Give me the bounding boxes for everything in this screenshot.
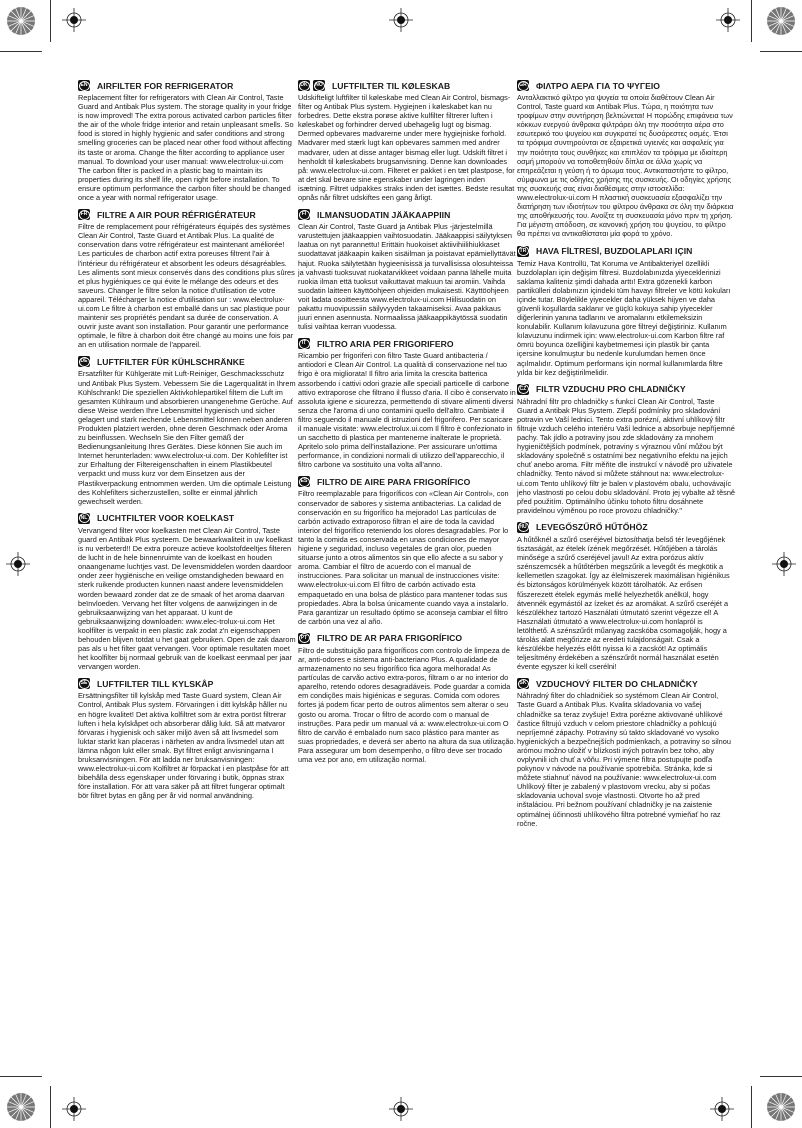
section-body: Temiz Hava Kontrollü, Tat Koruma ve Anti… (517, 259, 735, 377)
section-body: Ανταλλακτικό φίλτρο για ψυγεία τα οποία … (517, 93, 735, 239)
language-badge-icon: FI (298, 209, 310, 220)
crop-line (0, 51, 42, 52)
language-badge-icon: SK (517, 678, 529, 689)
section-body: Náhradní filtr pro chladničky s funkcí C… (517, 397, 735, 515)
crosshair-registration-mark-top-center (389, 8, 413, 32)
language-badge-icon: EN (78, 80, 90, 91)
section-tr: TR HAVA FİLTRESİ, BUZDOLAPLARI IÇIN Temi… (517, 246, 735, 377)
section-dk-no: DK NO LUFTFILTER TIL KØLESKAB Udskifteli… (298, 80, 516, 202)
section-en: EN AIRFILTER FOR REFRIGERATOR Replacemen… (78, 80, 296, 202)
column-3: GR ΦΙΛΤΡΟ ΑΕΡΑ ΓΙΑ ΤΟ ΨΥΓΕΙΟ Ανταλλακτικ… (517, 80, 735, 835)
section-hu: HU LEVEGŐSZŰRŐ HŰTŐHÖZ A hűtőknél a szűr… (517, 522, 735, 671)
crosshair-registration-mark-top (62, 8, 86, 32)
crosshair-registration-mark-bottom-right (710, 1097, 734, 1121)
section-body: Filtro reemplazable para frigoríficos co… (298, 489, 516, 625)
section-heading: SE LUFTFILTER TILL KYLSKÅP (78, 678, 296, 689)
language-badge-icon: NO (313, 80, 325, 91)
crosshair-registration-mark-top-right (716, 8, 740, 32)
section-heading: ES FILTRO DE AIRE PARA FRIGORÍFICO (298, 476, 516, 487)
section-body: Replacement filter for refrigerators wit… (78, 93, 296, 202)
section-heading: SK VZDUCHOVÝ FILTER DO CHLADNIČKY (517, 678, 735, 689)
section-title: LUFTFILTER TILL KYLSKÅP (97, 679, 213, 689)
language-badge-icon: NL (78, 513, 90, 524)
section-heading: PT FILTRO DE AR PARA FRIGORÍFICO (298, 633, 516, 644)
section-body: Ricambio per frigoriferi con filtro Tast… (298, 351, 516, 469)
section-de: DE LUFTFILTER FÜR KÜHLSCHRÄNKE Ersatzfil… (78, 356, 296, 505)
crosshair-registration-mark-left (6, 552, 30, 576)
section-heading: DK NO LUFTFILTER TIL KØLESKAB (298, 80, 516, 91)
language-badge-icon: PT (298, 633, 310, 644)
section-title: LEVEGŐSZŰRŐ HŰTŐHÖZ (536, 522, 648, 532)
crop-line (0, 1076, 42, 1077)
section-pt: PT FILTRO DE AR PARA FRIGORÍFICO Filtro … (298, 633, 516, 764)
section-body: Ersatzfilter für Kühlgeräte mit Luft-Rei… (78, 369, 296, 505)
language-badge-icon: DK (298, 80, 310, 91)
section-body: Filtro de substituição para frigoríficos… (298, 646, 516, 764)
section-title: LUCHTFILTER VOOR KOELKAST (97, 513, 234, 523)
section-sk: SK VZDUCHOVÝ FILTER DO CHLADNIČKY Náhrad… (517, 678, 735, 827)
section-title: AIRFILTER FOR REFRIGERATOR (97, 81, 233, 91)
crosshair-registration-mark-bottom-left (62, 1097, 86, 1121)
section-heading: GR ΦΙΛΤΡΟ ΑΕΡΑ ΓΙΑ ΤΟ ΨΥΓΕΙΟ (517, 80, 735, 91)
column-1: EN AIRFILTER FOR REFRIGERATOR Replacemen… (78, 80, 296, 807)
crop-line (50, 0, 51, 42)
crop-line (760, 1076, 802, 1077)
section-cz: CZ FILTR VZDUCHU PRO CHLADNIČKY Náhradní… (517, 384, 735, 515)
crosshair-registration-mark-right (772, 552, 796, 576)
language-badge-icon: SE (78, 678, 90, 689)
section-body: Vervangend filter voor koelkasten met Cl… (78, 526, 296, 672)
section-title: VZDUCHOVÝ FILTER DO CHLADNIČKY (536, 679, 698, 689)
section-title: FILTRO DE AR PARA FRIGORÍFICO (317, 633, 462, 643)
starburst-registration-mark-top-left (6, 6, 36, 36)
crop-line (760, 51, 802, 52)
section-title: FILTR VZDUCHU PRO CHLADNIČKY (536, 384, 686, 394)
section-heading: NL LUCHTFILTER VOOR KOELKAST (78, 513, 296, 524)
language-badge-icon: CZ (517, 384, 529, 395)
section-heading: FR FILTRE A AIR POUR RÉFRIGÉRATEUR (78, 209, 296, 220)
language-badge-icon: TR (517, 246, 529, 257)
section-heading: FI ILMANSUODATIN JÄÄKAAPPIIN (298, 209, 516, 220)
language-badge-icon: GR (517, 80, 529, 91)
section-fi: FI ILMANSUODATIN JÄÄKAAPPIIN Clean Air C… (298, 209, 516, 331)
section-nl: NL LUCHTFILTER VOOR KOELKAST Vervangend … (78, 513, 296, 672)
starburst-registration-mark-top-right (766, 6, 796, 36)
section-title: HAVA FİLTRESİ, BUZDOLAPLARI IÇIN (536, 246, 692, 256)
crop-line (50, 1086, 51, 1128)
section-title: LUFTFILTER FÜR KÜHLSCHRÄNKE (97, 357, 245, 367)
section-it: IT FILTRO ARIA PER FRIGORIFERO Ricambio … (298, 338, 516, 469)
section-body: Ersättningsfilter till kylskåp med Taste… (78, 691, 296, 800)
section-body: Udskifteligt luftfilter til køleskabe me… (298, 93, 516, 202)
language-badge-icon: ES (298, 476, 310, 487)
section-heading: TR HAVA FİLTRESİ, BUZDOLAPLARI IÇIN (517, 246, 735, 257)
section-body: Filtre de remplacement pour réfrigérateu… (78, 222, 296, 349)
section-gr: GR ΦΙΛΤΡΟ ΑΕΡΑ ΓΙΑ ΤΟ ΨΥΓΕΙΟ Ανταλλακτικ… (517, 80, 735, 239)
section-title: LUFTFILTER TIL KØLESKAB (332, 81, 450, 91)
language-badge-icon: FR (78, 209, 90, 220)
crop-line (751, 1086, 752, 1128)
section-se: SE LUFTFILTER TILL KYLSKÅP Ersättningsfi… (78, 678, 296, 800)
language-badge-icon: IT (298, 338, 310, 349)
section-title: ΦΙΛΤΡΟ ΑΕΡΑ ΓΙΑ ΤΟ ΨΥΓΕΙΟ (536, 81, 660, 91)
section-title: FILTRO DE AIRE PARA FRIGORÍFICO (317, 477, 470, 487)
section-body: Clean Air Control, Taste Guard ja Antiba… (298, 222, 516, 331)
section-heading: EN AIRFILTER FOR REFRIGERATOR (78, 80, 296, 91)
section-body: Náhradný filter do chladničiek so systém… (517, 691, 735, 827)
section-heading: HU LEVEGŐSZŰRŐ HŰTŐHÖZ (517, 522, 735, 533)
section-heading: IT FILTRO ARIA PER FRIGORIFERO (298, 338, 516, 349)
section-heading: CZ FILTR VZDUCHU PRO CHLADNIČKY (517, 384, 735, 395)
starburst-registration-mark-bottom-right (766, 1092, 796, 1122)
section-title: FILTRO ARIA PER FRIGORIFERO (317, 339, 454, 349)
language-badge-icon: HU (517, 522, 529, 533)
crosshair-registration-mark-bottom-center (389, 1097, 413, 1121)
section-body: A hűtőknél a szűrő cseréjével biztosítha… (517, 535, 735, 671)
language-badge-icon: DE (78, 356, 90, 367)
starburst-registration-mark-bottom-left (6, 1092, 36, 1122)
section-fr: FR FILTRE A AIR POUR RÉFRIGÉRATEUR Filtr… (78, 209, 296, 349)
section-heading: DE LUFTFILTER FÜR KÜHLSCHRÄNKE (78, 356, 296, 367)
crop-line (751, 0, 752, 42)
column-2: DK NO LUFTFILTER TIL KØLESKAB Udskifteli… (298, 80, 516, 771)
section-title: FILTRE A AIR POUR RÉFRIGÉRATEUR (97, 210, 256, 220)
section-es: ES FILTRO DE AIRE PARA FRIGORÍFICO Filtr… (298, 476, 516, 625)
section-title: ILMANSUODATIN JÄÄKAAPPIIN (317, 210, 450, 220)
